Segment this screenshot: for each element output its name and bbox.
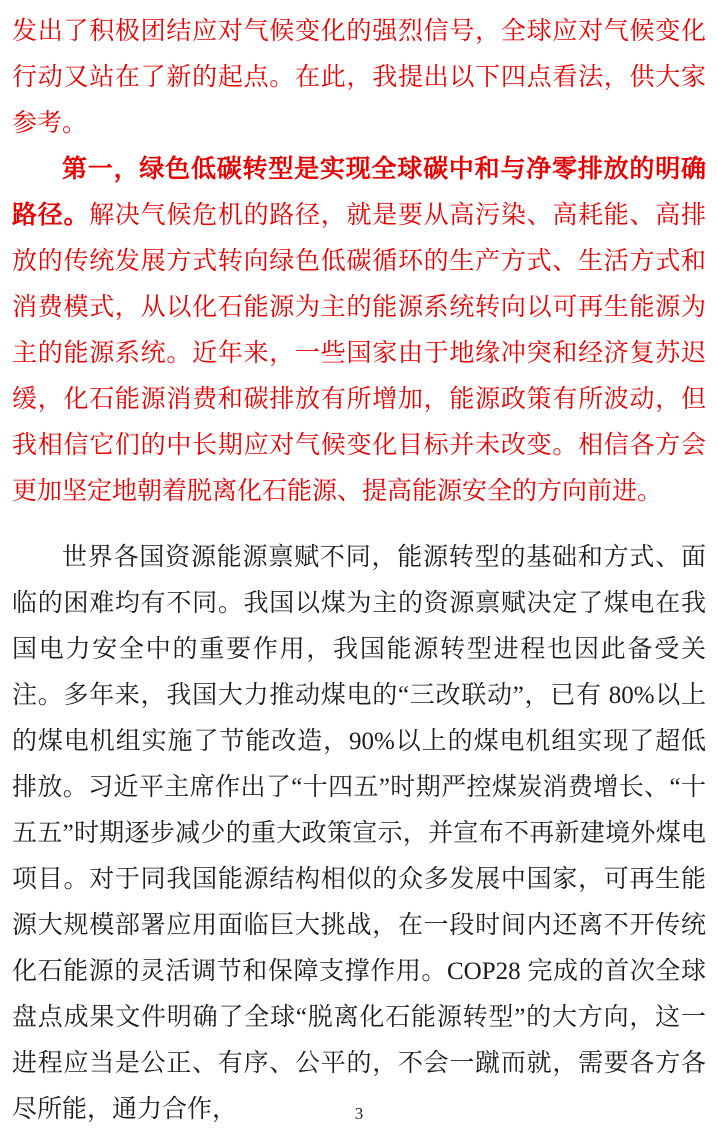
document-page: 发出了积极团结应对气候变化的强烈信号，全球应对气候变化行动又站在了新的起点。在此… — [0, 0, 718, 1129]
paragraph-energy-transition: 世界各国资源能源禀赋不同，能源转型的基础和方式、面临的困难均有不同。我国以煤为主… — [12, 535, 706, 1129]
paragraph-intro-continuation: 发出了积极团结应对气候变化的强烈信号，全球应对气候变化行动又站在了新的起点。在此… — [12, 9, 706, 147]
paragraph-point-one: 第一，绿色低碳转型是实现全球碳中和与净零排放的明确路径。解决气候危机的路径，就是… — [12, 147, 706, 515]
page-number: 3 — [0, 1105, 718, 1122]
point-one-body: 解决气候危机的路径，就是要从高污染、高耗能、高排放的传统发展方式转向绿色低碳循环… — [12, 202, 706, 505]
